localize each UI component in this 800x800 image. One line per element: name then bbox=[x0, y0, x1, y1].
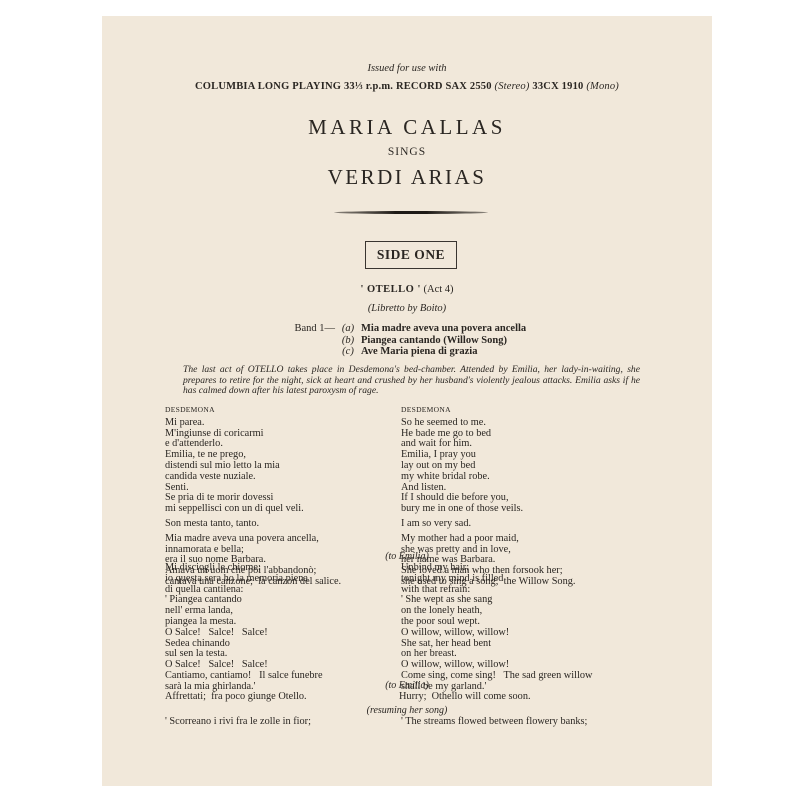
libretto-line: mi seppellisci con un di quel veli. bbox=[165, 504, 341, 515]
band-item: (c) Ave Maria piena di grazia bbox=[285, 346, 526, 358]
mono-catalog-number: 33CX 1910 bbox=[532, 81, 583, 92]
band-item: (b) Piangea cantando (Willow Song) bbox=[285, 335, 526, 347]
italian-stanza-2: Son mesta tanto, tanto. bbox=[165, 519, 341, 530]
italian-stanza-5: Affrettati; fra poco giunge Otello. bbox=[165, 692, 307, 703]
stereo-label: (Stereo) bbox=[495, 81, 530, 92]
italian-column-cont: Mi disciogli le chiome;io questa sera ho… bbox=[165, 563, 323, 697]
album-title: VERDI ARIAS bbox=[102, 165, 712, 190]
mono-label: (Mono) bbox=[586, 81, 619, 92]
band-letter: (c) bbox=[335, 346, 361, 358]
title-divider bbox=[334, 211, 488, 214]
record-prefix: COLUMBIA LONG PLAYING 33⅓ r.p.m. RECORD … bbox=[195, 81, 492, 92]
libretto-line: My mother had a poor maid, bbox=[401, 534, 575, 545]
stage-direction: (to Emilia) bbox=[102, 680, 712, 691]
band-letter: (b) bbox=[335, 335, 361, 347]
libretto-line: Mi parea. bbox=[165, 418, 341, 429]
english-column-cont: Unbind my hair;tonight my mind is filled… bbox=[401, 563, 592, 697]
libretto-line: candida veste nuziale. bbox=[165, 472, 341, 483]
libretto-line: O willow, willow, willow! bbox=[401, 628, 592, 639]
band-list: Band 1— (a) Mia madre aveva una povera a… bbox=[285, 323, 526, 358]
libretto-line: I am so very sad. bbox=[401, 519, 575, 530]
libretto-line: my white bridal robe. bbox=[401, 472, 575, 483]
italian-stanza-6: ' Scorreano i rivi fra le zolle in fior; bbox=[165, 717, 311, 728]
libretto-line: Mia madre aveva una povera ancella, bbox=[165, 534, 341, 545]
italian-stanza-1: Mi parea.M'ingiunse di coricarmie d'atte… bbox=[165, 418, 341, 515]
opera-act: (Act 4) bbox=[424, 284, 454, 295]
english-stanza-6: ' The streams flowed between flowery ban… bbox=[401, 717, 587, 728]
band-title: Mia madre aveva una povera ancella bbox=[361, 323, 526, 335]
stage-direction: (to Emilia) bbox=[102, 551, 712, 562]
band-title: Piangea cantando (Willow Song) bbox=[361, 335, 507, 347]
opera-name: ' OTELLO ' bbox=[360, 284, 420, 295]
libretto-line: Affrettati; fra poco giunge Otello. bbox=[165, 692, 307, 703]
band-letter: (a) bbox=[335, 323, 361, 335]
italian-stanza-4: Mi disciogli le chiome;io questa sera ho… bbox=[165, 563, 323, 693]
sings-text: SINGS bbox=[102, 146, 712, 158]
side-label-box: SIDE ONE bbox=[365, 241, 457, 269]
libretto-line: io questa sera ho la memoria piena bbox=[165, 574, 323, 585]
english-stanza-5: Hurry; Othello will come soon. bbox=[399, 692, 531, 703]
libretto-credit: (Libretto by Boito) bbox=[102, 303, 712, 314]
libretto-line: Son mesta tanto, tanto. bbox=[165, 519, 341, 530]
english-stanza-4: Unbind my hair;tonight my mind is filled… bbox=[401, 563, 592, 693]
libretto-line: ' The streams flowed between flowery ban… bbox=[401, 717, 587, 728]
english-stanza-1: So he seemed to me.He bade me go to beda… bbox=[401, 418, 575, 515]
libretto-line: So he seemed to me. bbox=[401, 418, 575, 429]
record-catalog-line: COLUMBIA LONG PLAYING 33⅓ r.p.m. RECORD … bbox=[102, 81, 712, 92]
band-item: Band 1— (a) Mia madre aveva una povera a… bbox=[285, 323, 526, 335]
band-prefix: Band 1— bbox=[285, 323, 335, 335]
band-title: Ave Maria piena di grazia bbox=[361, 346, 477, 358]
libretto-line: Hurry; Othello will come soon. bbox=[399, 692, 531, 703]
speaker-name: DESDEMONA bbox=[165, 405, 341, 416]
stage-direction: (resuming her song) bbox=[102, 705, 712, 716]
artist-title: MARIA CALLAS bbox=[102, 115, 712, 140]
speaker-name: DESDEMONA bbox=[401, 405, 575, 416]
libretto-line: ' Scorreano i rivi fra le zolle in fior; bbox=[165, 717, 311, 728]
libretto-line: tonight my mind is filled bbox=[401, 574, 592, 585]
english-stanza-2: I am so very sad. bbox=[401, 519, 575, 530]
opera-title: ' OTELLO ' (Act 4) bbox=[102, 284, 712, 295]
libretto-line: bury me in one of those veils. bbox=[401, 504, 575, 515]
libretto-line: O Salce! Salce! Salce! bbox=[165, 628, 323, 639]
liner-notes-page: Issued for use with COLUMBIA LONG PLAYIN… bbox=[102, 16, 712, 786]
issued-for-text: Issued for use with bbox=[102, 63, 712, 74]
scene-synopsis: The last act of OTELLO takes place in De… bbox=[183, 365, 640, 397]
